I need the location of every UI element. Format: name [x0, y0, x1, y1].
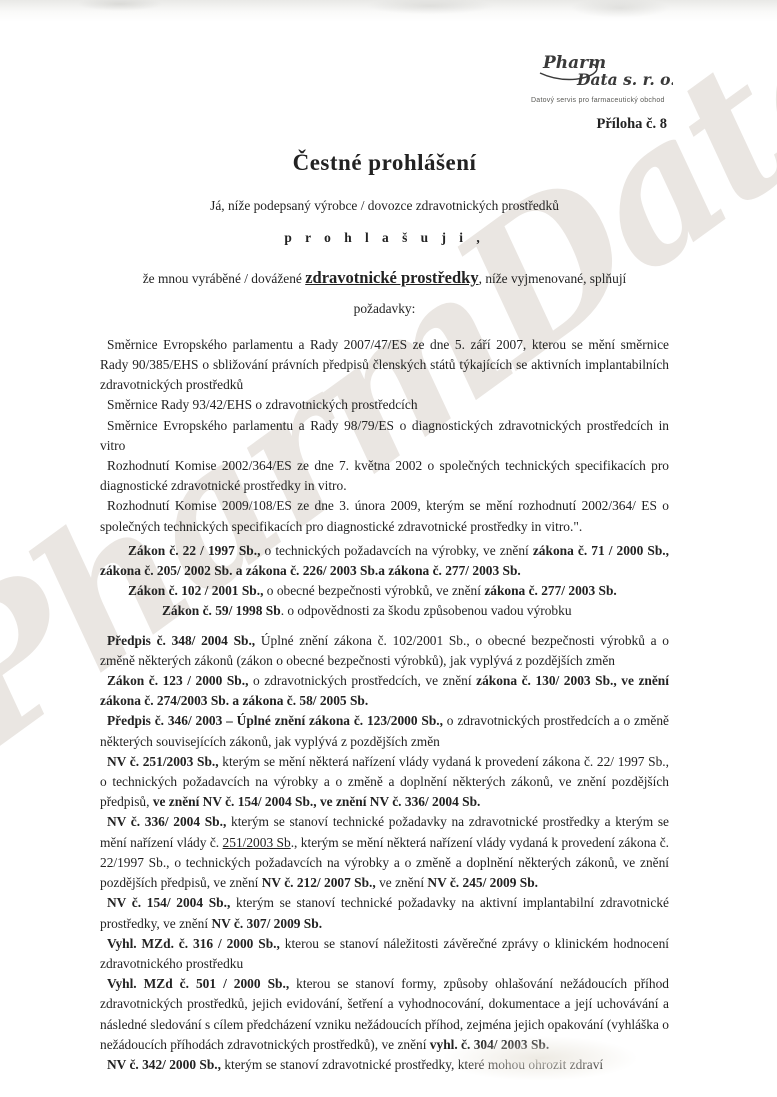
paragraph: Směrnice Rady 93/42/EHS o zdravotnických…	[100, 395, 669, 415]
paragraph: NV č. 154/ 2004 Sb., kterým se stanoví t…	[100, 893, 669, 933]
pharmdata-logo-icon: Pharm Data s. r. o.	[531, 52, 673, 96]
text-segment: o zdravotnických prostředcích, ve znění	[248, 673, 476, 688]
subject-line: že mnou vyráběné / dovážené zdravotnické…	[100, 268, 669, 289]
text-segment: o obecné bezpečnosti výrobků, ve znění	[263, 583, 484, 598]
text-segment: NV č. 154/ 2004 Sb.,	[107, 895, 230, 910]
text-segment: NV č. 336/ 2004 Sb.,	[107, 814, 226, 829]
logo-script-data: Data s. r. o.	[576, 70, 673, 89]
paragraph: Vyhl. MZd č. 501 / 2000 Sb., kterou se s…	[100, 974, 669, 1055]
regulations-list: Předpis č. 348/ 2004 Sb., Úplné znění zá…	[100, 631, 669, 1075]
text-segment: NV č. 212/ 2007 Sb.,	[262, 875, 376, 890]
text-segment: Zákon č. 123 / 2000 Sb.,	[107, 673, 248, 688]
text-segment: že mnou vyráběné / dovážené	[143, 271, 305, 286]
text-segment: NV č. 245/ 2009 Sb.	[427, 875, 538, 890]
text-segment: vyhl. č. 304/ 2003 Sb.	[430, 1037, 549, 1052]
text-segment: Vyhl. MZd č. 501 / 2000 Sb.,	[107, 976, 289, 991]
paragraph: NV č. 251/2003 Sb., kterým se mění někte…	[100, 752, 669, 813]
logo-tagline: Datový servis pro farmaceutický obchod	[531, 97, 673, 104]
attachment-label: Příloha č. 8	[597, 116, 667, 133]
intro-line: Já, níže podepsaný výrobce / dovozce zdr…	[100, 196, 669, 216]
pharmdata-logo: Pharm Data s. r. o. Datový servis pro fa…	[531, 52, 673, 104]
text-segment: Směrnice Evropského parlamentu a Rady 20…	[100, 337, 669, 392]
text-segment: , níže vyjmenované, splňují	[479, 271, 627, 286]
paragraph: Vyhl. MZd. č. 316 / 2000 Sb., kterou se …	[100, 934, 669, 974]
paragraph: Zákon č. 22 / 1997 Sb., o technických po…	[100, 541, 669, 581]
paragraph: NV č. 336/ 2004 Sb., kterým se stanoví t…	[100, 812, 669, 893]
text-segment: zákona č. 277/ 2003 Sb.	[484, 583, 616, 598]
text-segment: Rozhodnutí Komise 2002/364/ES ze dne 7. …	[100, 458, 669, 493]
paragraph: Zákon č. 59/ 1998 Sb. o odpovědnosti za …	[100, 601, 669, 621]
text-segment: ve znění	[376, 875, 428, 890]
text-segment: NV č. 342/ 2000 Sb.,	[107, 1057, 221, 1072]
text-segment: Směrnice Rady 93/42/EHS o zdravotnických…	[107, 397, 418, 412]
text-segment: . o odpovědnosti za škodu způsobenou vad…	[281, 603, 572, 618]
text-segment: NV č. 307/ 2009 Sb.	[211, 916, 322, 931]
text-segment: ve znění NV č. 154/ 2004 Sb., ve znění N…	[153, 794, 481, 809]
text-segment: Předpis č. 348/ 2004 Sb.,	[107, 633, 255, 648]
text-segment: Směrnice Evropského parlamentu a Rady 98…	[100, 418, 669, 453]
directives-list: Směrnice Evropského parlamentu a Rady 20…	[100, 335, 669, 537]
paragraph: Zákon č. 123 / 2000 Sb., o zdravotnickýc…	[100, 671, 669, 711]
text-segment: o technických požadavcích na výrobky, ve…	[260, 543, 532, 558]
paragraph: Zákon č. 102 / 2001 Sb., o obecné bezpeč…	[100, 581, 669, 601]
text-segment: Zákon č. 22 / 1997 Sb.,	[128, 543, 260, 558]
declaration-word: p r o h l a š u j i ,	[100, 228, 669, 248]
paragraph: Předpis č. 348/ 2004 Sb., Úplné znění zá…	[100, 631, 669, 671]
document-body: Čestné prohlášení Já, níže podepsaný výr…	[100, 150, 669, 1075]
scanned-document-page: PharmData s.r.o. Pharm Data s. r. o. Dat…	[0, 0, 777, 1097]
text-segment: NV č. 251/2003 Sb.,	[107, 754, 219, 769]
text-segment: zdravotnické prostředky	[305, 268, 478, 287]
text-segment: Rozhodnutí Komise 2009/108/ES ze dne 3. …	[100, 498, 669, 533]
laws-list: Zákon č. 22 / 1997 Sb., o technických po…	[100, 541, 669, 622]
document-title: Čestné prohlášení	[100, 150, 669, 176]
text-segment: kterým se stanoví zdravotnické prostředk…	[221, 1057, 603, 1072]
paragraph: NV č. 342/ 2000 Sb., kterým se stanoví z…	[100, 1055, 669, 1075]
paragraph: Předpis č. 346/ 2003 – Úplné znění zákon…	[100, 711, 669, 751]
paragraph: Rozhodnutí Komise 2002/364/ES ze dne 7. …	[100, 456, 669, 496]
paragraph: Směrnice Evropského parlamentu a Rady 20…	[100, 335, 669, 396]
scan-noise-top	[0, 0, 777, 26]
text-segment: 251/2003 Sb	[223, 835, 291, 850]
text-segment: Předpis č. 346/ 2003 – Úplné znění zákon…	[107, 713, 443, 728]
requirements-line: požadavky:	[100, 299, 669, 319]
paragraph: Rozhodnutí Komise 2009/108/ES ze dne 3. …	[100, 496, 669, 536]
text-segment: Vyhl. MZd. č. 316 / 2000 Sb.,	[107, 936, 280, 951]
text-segment: Zákon č. 59/ 1998 Sb	[162, 603, 281, 618]
paragraph: Směrnice Evropského parlamentu a Rady 98…	[100, 416, 669, 456]
text-segment: Zákon č. 102 / 2001 Sb.,	[128, 583, 263, 598]
